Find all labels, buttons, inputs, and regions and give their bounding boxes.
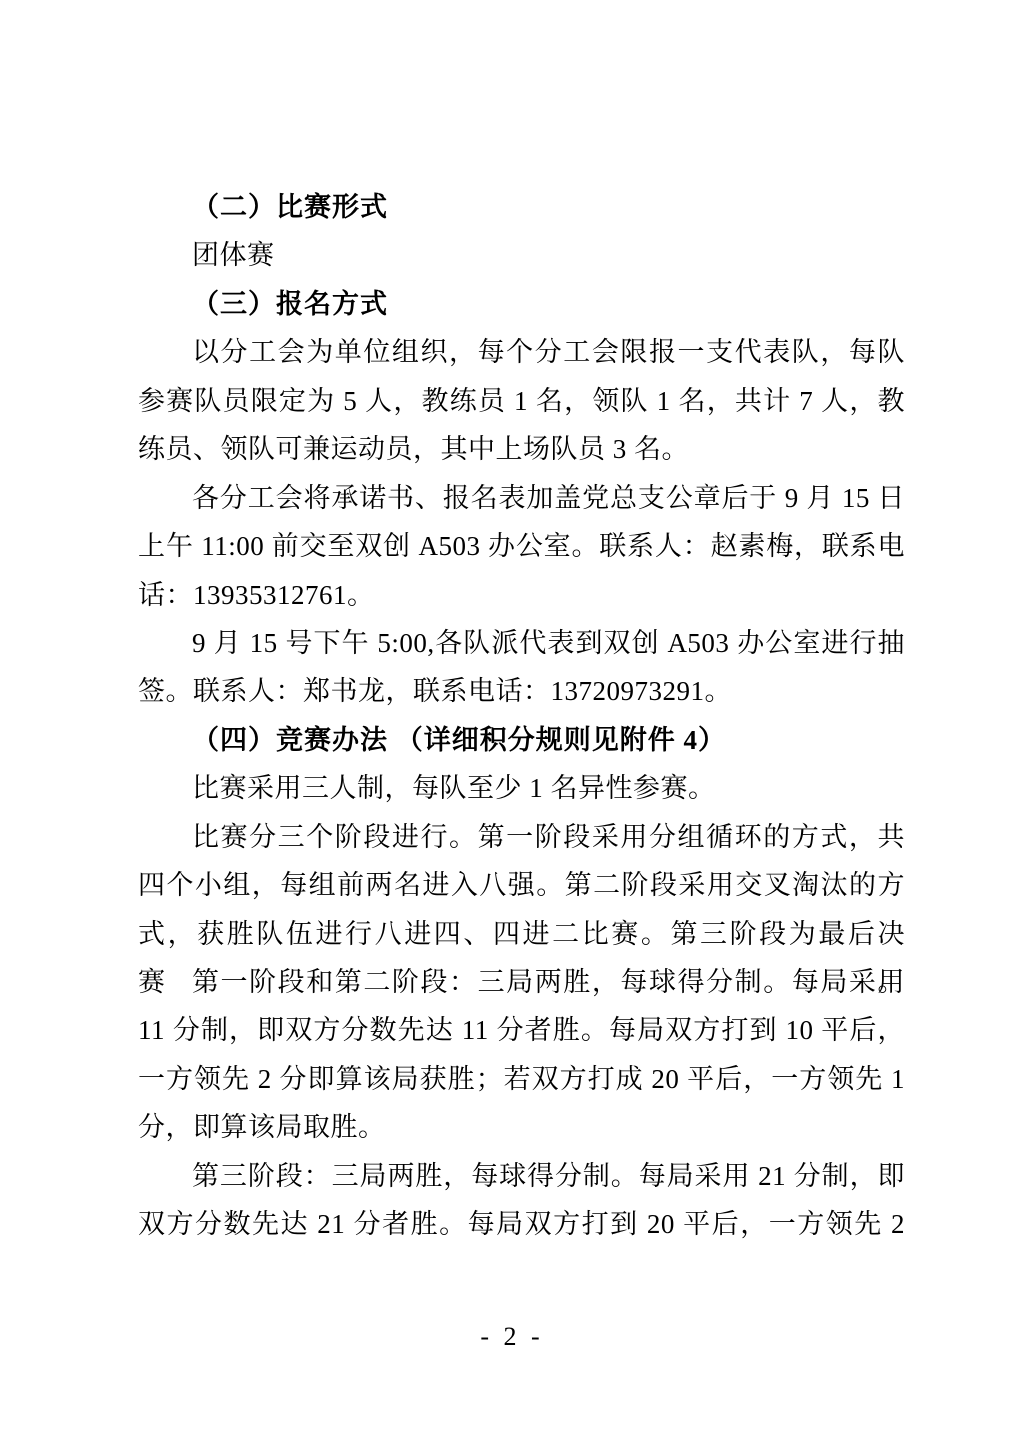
para-registration-line-2: 参赛队员限定为 5 人，教练员 1 名，领队 1 名，共计 7 人，教: [138, 377, 905, 425]
para-draw-line-2: 签。联系人：郑书龙，联系电话：13720973291。: [138, 667, 905, 715]
para-submission-line-2: 上午 11:00 前交至双创 A503 办公室。联系人：赵素梅，联系电: [138, 522, 905, 570]
para-stages-line-2: 四个小组，每组前两名进入八强。第二阶段采用交叉淘汰的方: [138, 861, 905, 909]
para-stage12-scoring-line-3: 一方领先 2 分即算该局获胜；若双方打成 20 平后，一方领先 1: [138, 1055, 905, 1103]
document-page-body: （二）比赛形式 团体赛 （三）报名方式 以分工会为单位组织，每个分工会限报一支代…: [138, 183, 905, 1249]
page-number: - 2 -: [0, 1323, 1024, 1351]
para-submission-line-1: 各分工会将承诺书、报名表加盖党总支公章后于 9 月 15 日: [138, 474, 905, 522]
para-submission-line-3: 话：13935312761。: [138, 571, 905, 619]
para-registration-line-3: 练员、领队可兼运动员，其中上场队员 3 名。: [138, 425, 905, 473]
heading-registration-method: （三）报名方式: [138, 280, 905, 328]
para-stage12-scoring-line-4: 分，即算该局取胜。: [138, 1103, 905, 1151]
heading-competition-rules: （四）竞赛办法 （详细积分规则见附件 4）: [138, 716, 905, 764]
para-stage12-scoring-line-2: 11 分制，即双方分数先达 11 分者胜。每局双方打到 10 平后，: [138, 1006, 905, 1054]
para-draw-line-1: 9 月 15 号下午 5:00,各队派代表到双创 A503 办公室进行抽: [138, 619, 905, 667]
para-competition-format-line-1: 团体赛: [138, 231, 905, 279]
heading-competition-format: （二）比赛形式: [138, 183, 905, 231]
para-registration-line-1: 以分工会为单位组织，每个分工会限报一支代表队，每队: [138, 328, 905, 376]
para-stage12-scoring-line-1: 第一阶段和第二阶段：三局两胜，每球得分制。每局采用: [138, 958, 905, 1006]
para-team-rule-line-1: 比赛采用三人制，每队至少 1 名异性参赛。: [138, 764, 905, 812]
para-stages-line-3: 式，获胜队伍进行八进四、四进二比赛。第三阶段为最后决赛。: [138, 910, 905, 958]
para-stages-line-1: 比赛分三个阶段进行。第一阶段采用分组循环的方式，共: [138, 813, 905, 861]
para-stage3-scoring-line-2: 双方分数先达 21 分者胜。每局双方打到 20 平后，一方领先 2: [138, 1200, 905, 1248]
para-stage3-scoring-line-1: 第三阶段：三局两胜，每球得分制。每局采用 21 分制，即: [138, 1152, 905, 1200]
